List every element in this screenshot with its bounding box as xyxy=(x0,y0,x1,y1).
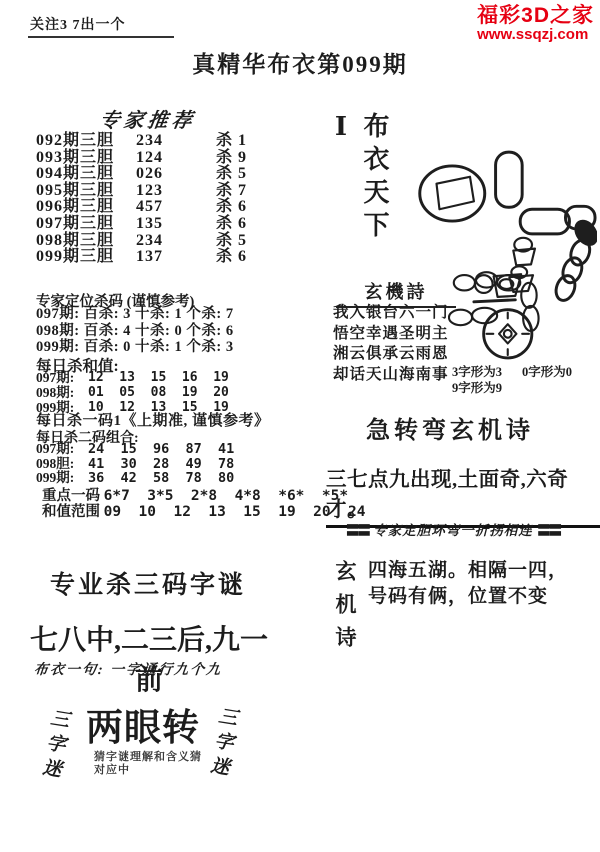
values-text: 01 05 08 19 20 xyxy=(88,386,229,401)
expert-period: 096期三胆 xyxy=(36,199,136,216)
brand-name: 福彩3D之家 xyxy=(477,5,594,27)
expert-kill: 杀 5 xyxy=(216,166,247,183)
period-label: 098期: xyxy=(36,386,88,401)
xuanji-line: 四海五湖。相隔一四， xyxy=(368,558,568,584)
buyi-sentence: 布衣一句: 一字通行九个九 xyxy=(33,659,223,679)
expert-row: 092期三胆234杀 1 xyxy=(36,133,276,150)
expert-kill: 杀 6 xyxy=(216,249,247,266)
kill-three-code-title: 专业杀三码字谜 xyxy=(28,565,268,601)
expert-period: 092期三胆 xyxy=(36,133,136,150)
values-text: 12 13 15 16 19 xyxy=(88,371,229,386)
daily-sum-row: 097期:12 13 15 16 19 xyxy=(36,371,229,386)
expert-picks-list: 092期三胆234杀 1 093期三胆124杀 9 094期三胆026杀 5 0… xyxy=(36,133,276,266)
position-kill-row: 097期: 百杀: 3 十杀: 1 个杀: 7 xyxy=(36,306,234,323)
expert-row: 093期三胆124杀 9 xyxy=(36,150,276,167)
divider-text: 专家定胆环弯一折拐相连 xyxy=(373,523,533,538)
riddle-note: 猜字谜理解和含义猜 对应中 xyxy=(94,751,202,777)
expert-period: 093期三胆 xyxy=(36,150,136,167)
three-char-riddle-right-label: 三字迷 xyxy=(202,704,241,787)
expert-period: 099期三胆 xyxy=(36,249,136,266)
expert-period: 094期三胆 xyxy=(36,166,136,183)
daily-two-list: 097期:24 15 96 87 41 098胆:41 30 28 49 78 … xyxy=(36,442,234,486)
mystic-poem-line: 却话天山海南事 xyxy=(333,365,449,386)
coin-bead-chain-doodle-image xyxy=(448,270,554,362)
lottery-sheet-page: 关注3 7出一个 福彩3D之家 www.ssqzj.com 真精华布衣第099期… xyxy=(0,0,600,852)
expert-kill: 杀 5 xyxy=(216,233,247,250)
buyi-tianxia-vertical-title: 布衣天下Ⅰ xyxy=(326,112,393,262)
expert-picks: 026 xyxy=(136,166,188,183)
big-riddle-word: 两眼转 xyxy=(86,697,200,751)
daily-two-row: 097期:24 15 96 87 41 xyxy=(36,442,234,457)
brand-logo: 福彩3D之家 www.ssqzj.com xyxy=(477,5,594,43)
expert-picks: 123 xyxy=(136,183,188,200)
mystic-poem-line: 湘云俱承云雨恩 xyxy=(333,344,449,365)
daily-sum-row: 098期:01 05 08 19 20 xyxy=(36,386,229,401)
brand-url: www.ssqzj.com xyxy=(477,27,594,43)
xuanji-poem: 四海五湖。相隔一四， 号码有俩，位置不变 xyxy=(368,558,568,610)
sum-range-label: 和值范围 xyxy=(42,504,100,520)
expert-row: 095期三胆123杀 7 xyxy=(36,183,276,200)
divider-deco-right: 〓〓 xyxy=(537,523,560,538)
expert-row: 096期三胆457杀 6 xyxy=(36,199,276,216)
daily-two-row: 098胆:41 30 28 49 78 xyxy=(36,457,234,472)
expert-period: 095期三胆 xyxy=(36,183,136,200)
shape-note-0: 0字形为0 xyxy=(522,362,572,380)
three-char-riddle-left-label: 三字迷 xyxy=(34,706,73,789)
position-kill-row: 098期: 百杀: 4 十杀: 0 个杀: 6 xyxy=(36,323,234,340)
mystic-poem-line: 我入银台六一门 xyxy=(333,303,449,324)
values-text: 41 30 28 49 78 xyxy=(88,457,234,472)
expert-picks: 457 xyxy=(136,199,188,216)
expert-dan-divider: 〓〓 专家定胆环弯一折拐相连 〓〓 xyxy=(308,519,598,539)
expert-period: 098期三胆 xyxy=(36,233,136,250)
page-title: 真精华布衣第099期 xyxy=(0,46,600,79)
expert-row: 098期三胆234杀 5 xyxy=(36,233,276,250)
expert-kill: 杀 1 xyxy=(216,133,247,150)
xuanji-vertical-title: 玄机诗 xyxy=(330,560,360,670)
xuanji-line: 号码有俩，位置不变 xyxy=(368,584,568,610)
period-label: 097期: xyxy=(36,442,88,457)
expert-row: 094期三胆026杀 5 xyxy=(36,166,276,183)
expert-picks: 124 xyxy=(136,150,188,167)
riddle-main-line: 七八中,二三后,九一前 xyxy=(24,618,274,698)
values-text: 24 15 96 87 41 xyxy=(88,442,234,457)
expert-picks: 137 xyxy=(136,249,188,266)
mystic-poem-line: 悟空幸遇圣明主 xyxy=(333,324,449,345)
turn-poem-header: 急转弯玄机诗 xyxy=(335,410,565,445)
period-label: 098胆: xyxy=(36,457,88,472)
riddle-note-line: 对应中 xyxy=(94,764,202,777)
expert-kill: 杀 9 xyxy=(216,150,247,167)
position-kill-list: 097期: 百杀: 3 十杀: 1 个杀: 7 098期: 百杀: 4 十杀: … xyxy=(36,306,234,356)
expert-picks: 234 xyxy=(136,233,188,250)
expert-picks: 234 xyxy=(136,133,188,150)
expert-section-header: 专家推荐 xyxy=(76,104,220,133)
expert-row: 099期三胆137杀 6 xyxy=(36,249,276,266)
expert-period: 097期三胆 xyxy=(36,216,136,233)
sum-range-line: 和值范围 09 10 12 13 15 19 20 24 xyxy=(42,500,366,521)
riddle-note-line: 猜字谜理解和含义猜 xyxy=(94,751,202,764)
period-label: 097期: xyxy=(36,371,88,386)
expert-kill: 杀 7 xyxy=(216,183,247,200)
expert-row: 097期三胆135杀 6 xyxy=(36,216,276,233)
expert-kill: 杀 6 xyxy=(216,216,247,233)
expert-picks: 135 xyxy=(136,216,188,233)
expert-kill: 杀 6 xyxy=(216,199,247,216)
shape-note-9: 9字形为9 xyxy=(452,378,502,396)
focus-note: 关注3 7出一个 xyxy=(28,14,174,38)
mystic-poem: 我入银台六一门 悟空幸遇圣明主 湘云俱承云雨恩 却话天山海南事 xyxy=(333,303,449,385)
divider-deco-left: 〓〓 xyxy=(346,523,369,538)
